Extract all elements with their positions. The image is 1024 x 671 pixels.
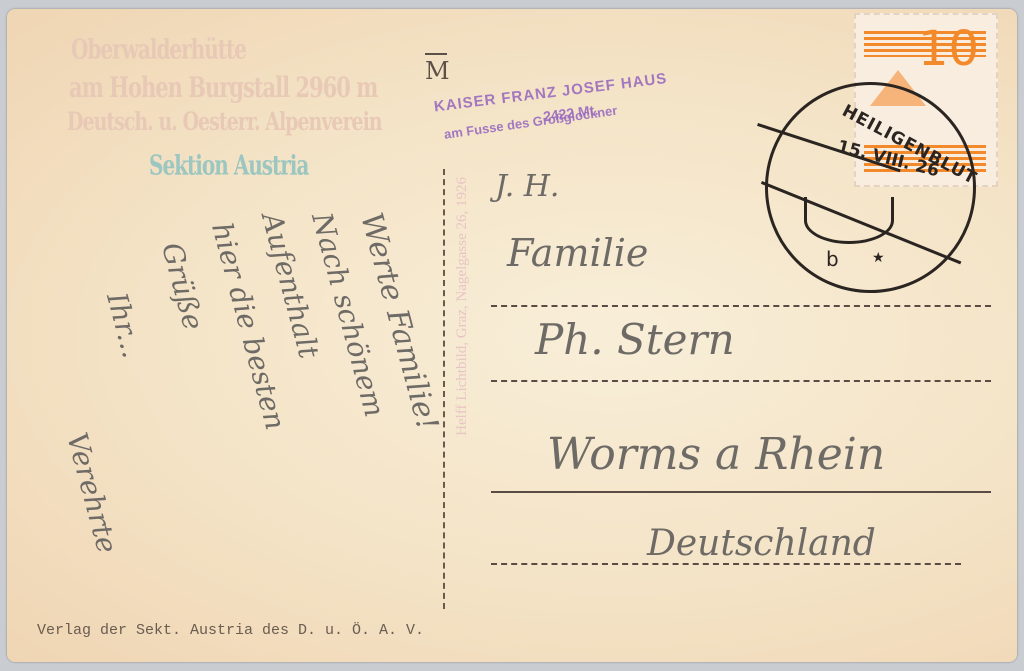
header-line-2: am Hohen Burgstall 2960 m <box>69 70 377 104</box>
address-name: Ph. Stern <box>535 315 735 364</box>
stamp-value: 10 <box>918 21 979 77</box>
postmark-cancel: HEILIGENBLUT 15. VIII. 26 b ★ <box>765 82 976 293</box>
postmark-arc <box>804 197 894 244</box>
message-line-6: Ihr... <box>100 289 149 361</box>
address-city: Worms a Rhein <box>547 429 885 480</box>
address-country: Deutschland <box>647 523 876 564</box>
header-line-1: Oberwalderhütte <box>71 33 246 65</box>
address-line-1 <box>491 305 991 307</box>
address-family: Familie <box>507 231 648 275</box>
publisher-line: Verlag der Sekt. Austria des D. u. Ö. A.… <box>37 622 424 639</box>
postmark-star-icon: ★ <box>872 250 885 266</box>
photographer-imprint: Helff Lichtbild, Graz, Nagelgasse 26, 19… <box>454 177 471 436</box>
hut-cachet-stamp: KAISER FRANZ JOSEF HAUS <box>427 20 668 115</box>
header-line-4: Sektion Austria <box>149 149 308 181</box>
postcard-back: Oberwalderhütte am Hohen Burgstall 2960 … <box>7 9 1017 662</box>
handwritten-message: Werte Familie! Nach schönem Aufenthalt h… <box>37 209 437 609</box>
postmark-letter: b <box>826 247 839 271</box>
hut-header-stamp: Oberwalderhütte <box>65 33 246 65</box>
address-line-3 <box>491 491 991 493</box>
address-initials: J. H. <box>495 169 559 204</box>
message-line-7: Verehrte <box>60 429 124 557</box>
header-line-3: Deutsch. u. Oesterr. Alpenverein <box>67 107 382 137</box>
message-line-5: Grüße <box>155 239 210 334</box>
address-line-2 <box>491 380 991 382</box>
center-divider <box>443 169 445 609</box>
